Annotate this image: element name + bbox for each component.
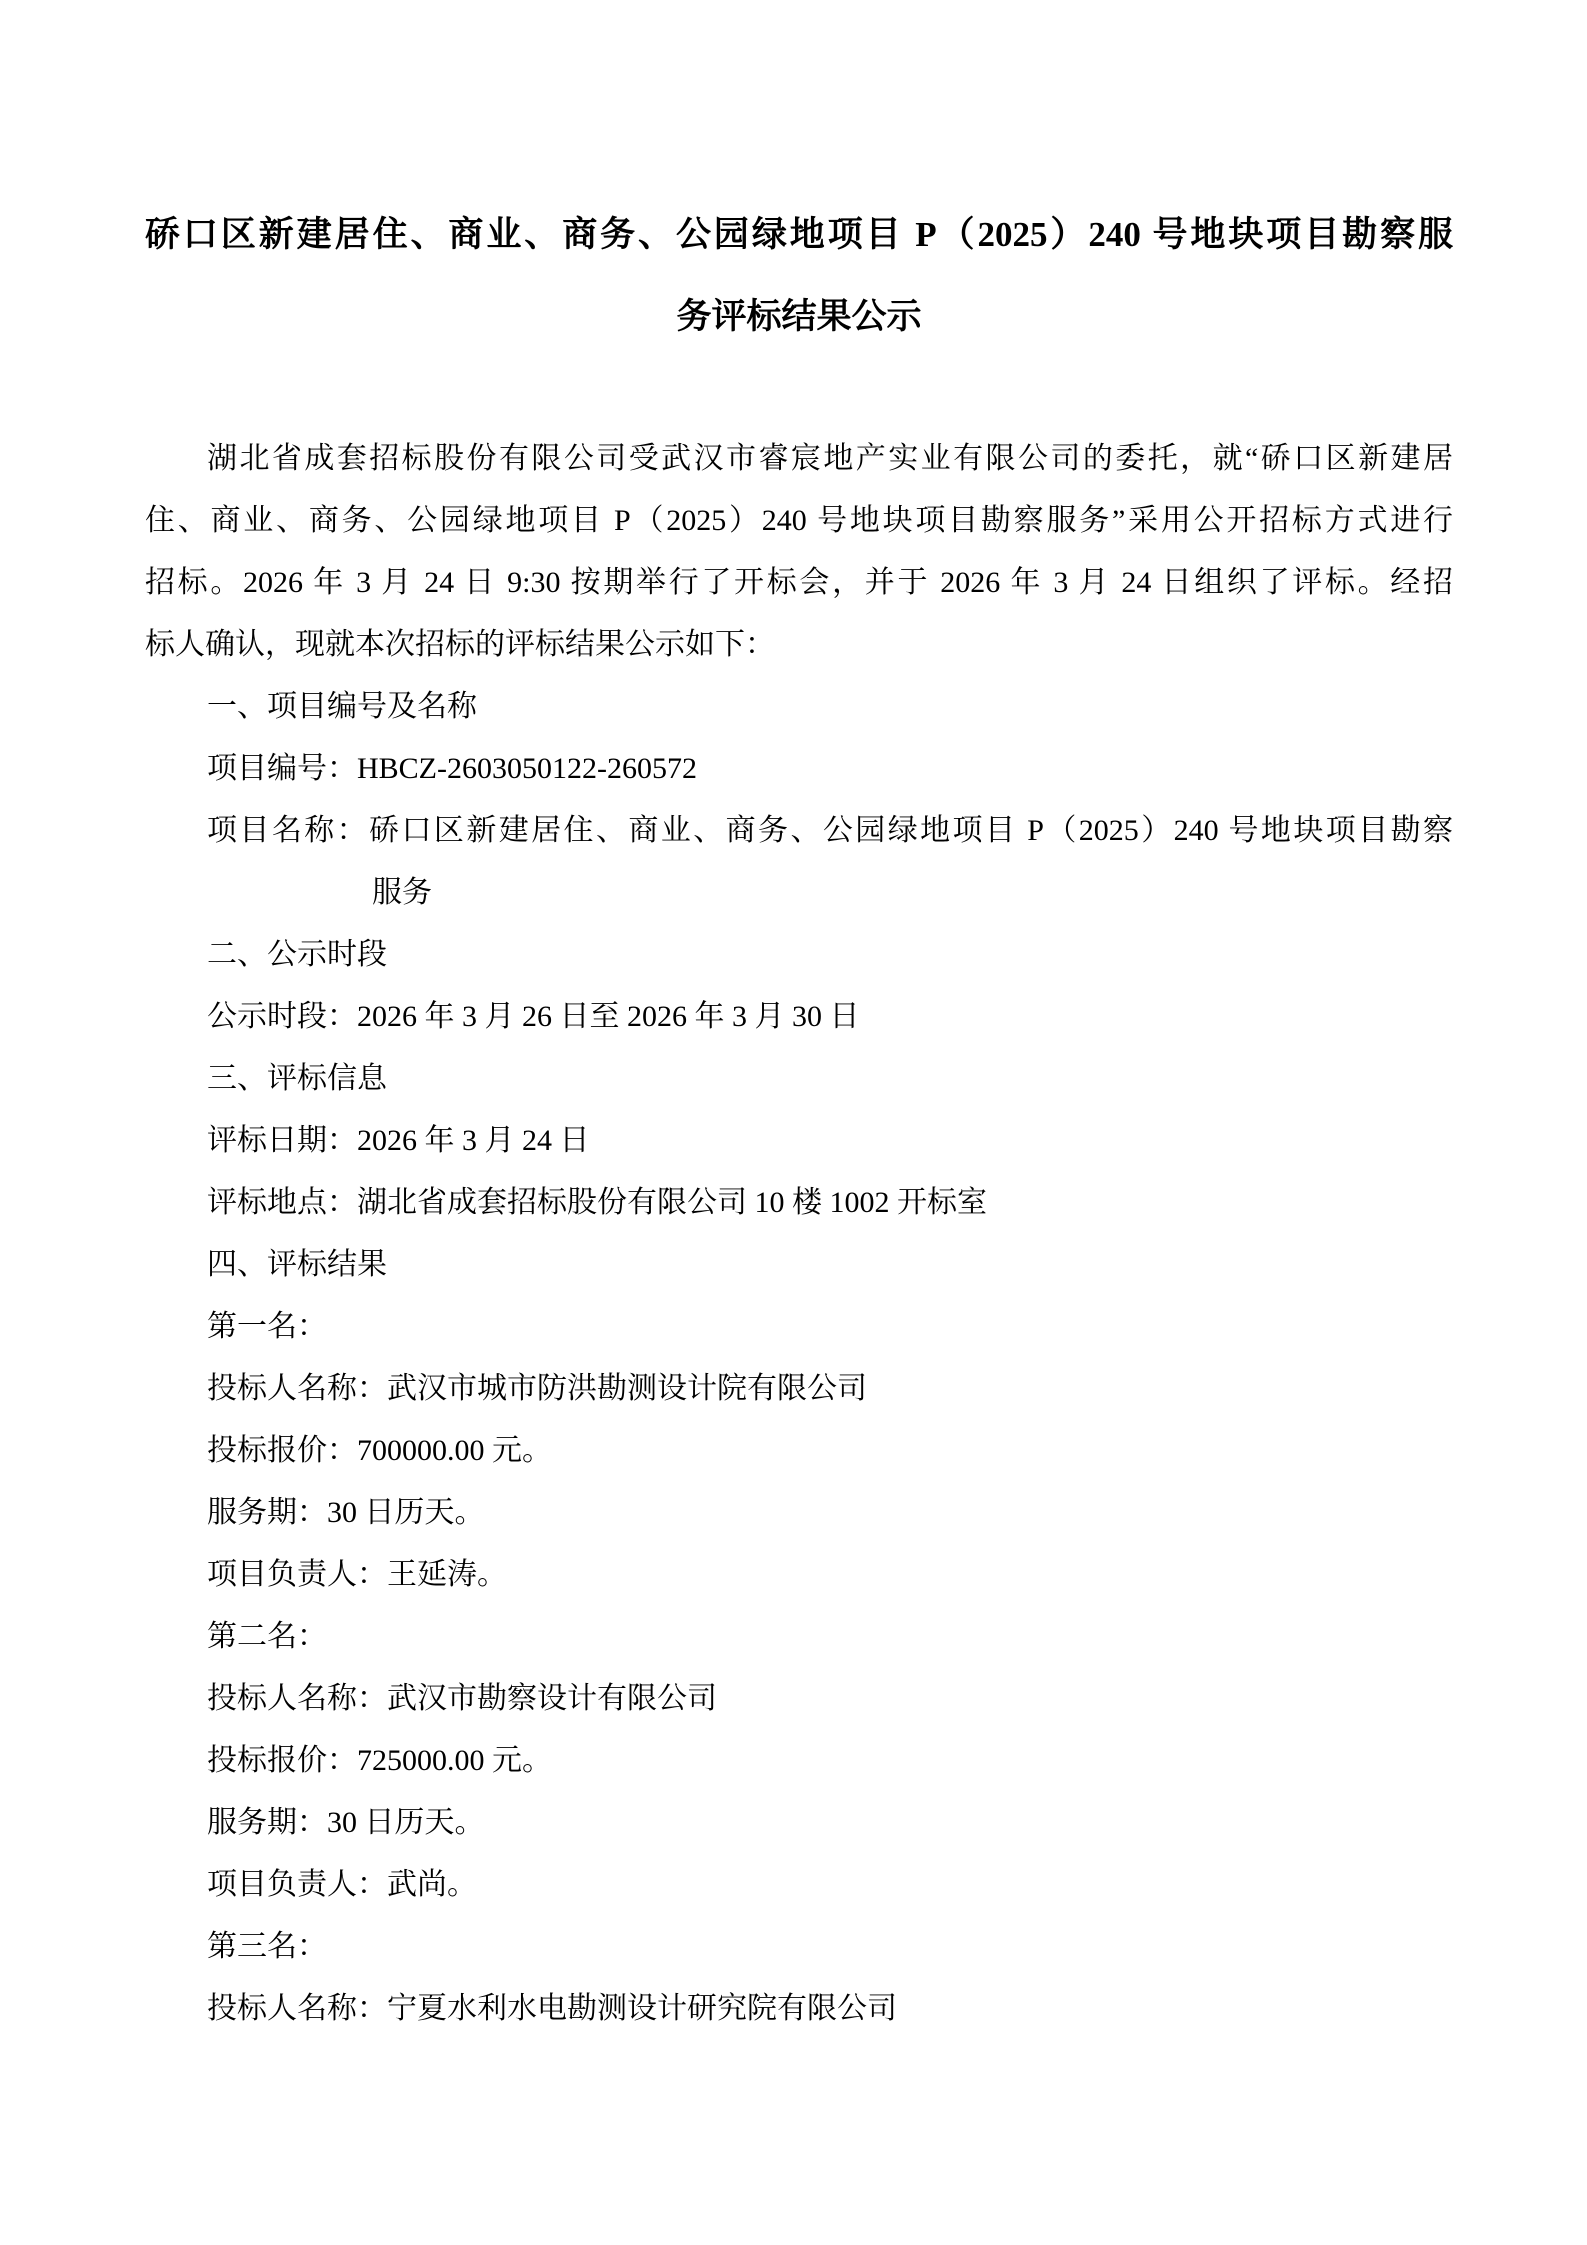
project-name-continuation: 服务 [145,862,1453,924]
project-number-line: 项目编号：HBCZ-2603050122-260572 [145,738,1453,800]
bidder-1-rank: 第一名： [145,1296,1453,1358]
project-name-line: 项目名称：硚口区新建居住、商业、商务、公园绿地项目 P（2025）240 号地块… [145,800,1453,862]
project-number-label: 项目编号： [207,752,357,785]
project-name-value: 硚口区新建居住、商业、商务、公园绿地项目 P（2025）240 号地块项目勘察 [369,814,1453,847]
project-number-value: HBCZ-2603050122-260572 [357,752,697,785]
bidder-1-service-period: 服务期：30 日历天。 [145,1482,1453,1544]
section-results-heading: 四、评标结果 [145,1234,1453,1296]
bidder-3-rank: 第三名： [145,1916,1453,1978]
section-publicity-heading: 二、公示时段 [145,924,1453,986]
intro-paragraph-line2: 住、商业、商务、公园绿地项目 P（2025）240 号地块项目勘察服务”采用公开… [145,490,1453,552]
bidder-2-project-manager: 项目负责人：武尚。 [145,1854,1453,1916]
bidder-3-name: 投标人名称：宁夏水利水电勘测设计研究院有限公司 [145,1978,1453,2040]
evaluation-date-line: 评标日期：2026 年 3 月 24 日 [145,1110,1453,1172]
bidder-2-rank: 第二名： [145,1606,1453,1668]
bidder-1-price: 投标报价：700000.00 元。 [145,1420,1453,1482]
bidder-1-project-manager: 项目负责人：王延涛。 [145,1544,1453,1606]
publicity-period-line: 公示时段：2026 年 3 月 26 日至 2026 年 3 月 30 日 [145,986,1453,1048]
bidder-1-name: 投标人名称：武汉市城市防洪勘测设计院有限公司 [145,1358,1453,1420]
intro-paragraph-line4: 标人确认，现就本次招标的评标结果公示如下： [145,614,1453,676]
evaluation-place-line: 评标地点：湖北省成套招标股份有限公司 10 楼 1002 开标室 [145,1172,1453,1234]
section-project-heading: 一、项目编号及名称 [145,676,1453,738]
section-evaluation-heading: 三、评标信息 [145,1048,1453,1110]
project-name-label: 项目名称： [207,814,369,847]
document-title: 硚口区新建居住、商业、商务、公园绿地项目 P（2025）240 号地块项目勘察服… [145,194,1453,358]
document-page: 硚口区新建居住、商业、商务、公园绿地项目 P（2025）240 号地块项目勘察服… [0,0,1587,2245]
document-title-line2: 务评标结果公示 [145,276,1453,358]
bidder-2-name: 投标人名称：武汉市勘察设计有限公司 [145,1668,1453,1730]
bidder-2-service-period: 服务期：30 日历天。 [145,1792,1453,1854]
document-content: 硚口区新建居住、商业、商务、公园绿地项目 P（2025）240 号地块项目勘察服… [145,194,1453,2040]
intro-paragraph-line1: 湖北省成套招标股份有限公司受武汉市睿宸地产实业有限公司的委托，就“硚口区新建居 [145,428,1453,490]
bidder-2-price: 投标报价：725000.00 元。 [145,1730,1453,1792]
document-title-line1: 硚口区新建居住、商业、商务、公园绿地项目 P（2025）240 号地块项目勘察服 [145,194,1453,276]
intro-paragraph-line3: 招标。2026 年 3 月 24 日 9:30 按期举行了开标会，并于 2026… [145,552,1453,614]
document-body: 湖北省成套招标股份有限公司受武汉市睿宸地产实业有限公司的委托，就“硚口区新建居 … [145,428,1453,2040]
